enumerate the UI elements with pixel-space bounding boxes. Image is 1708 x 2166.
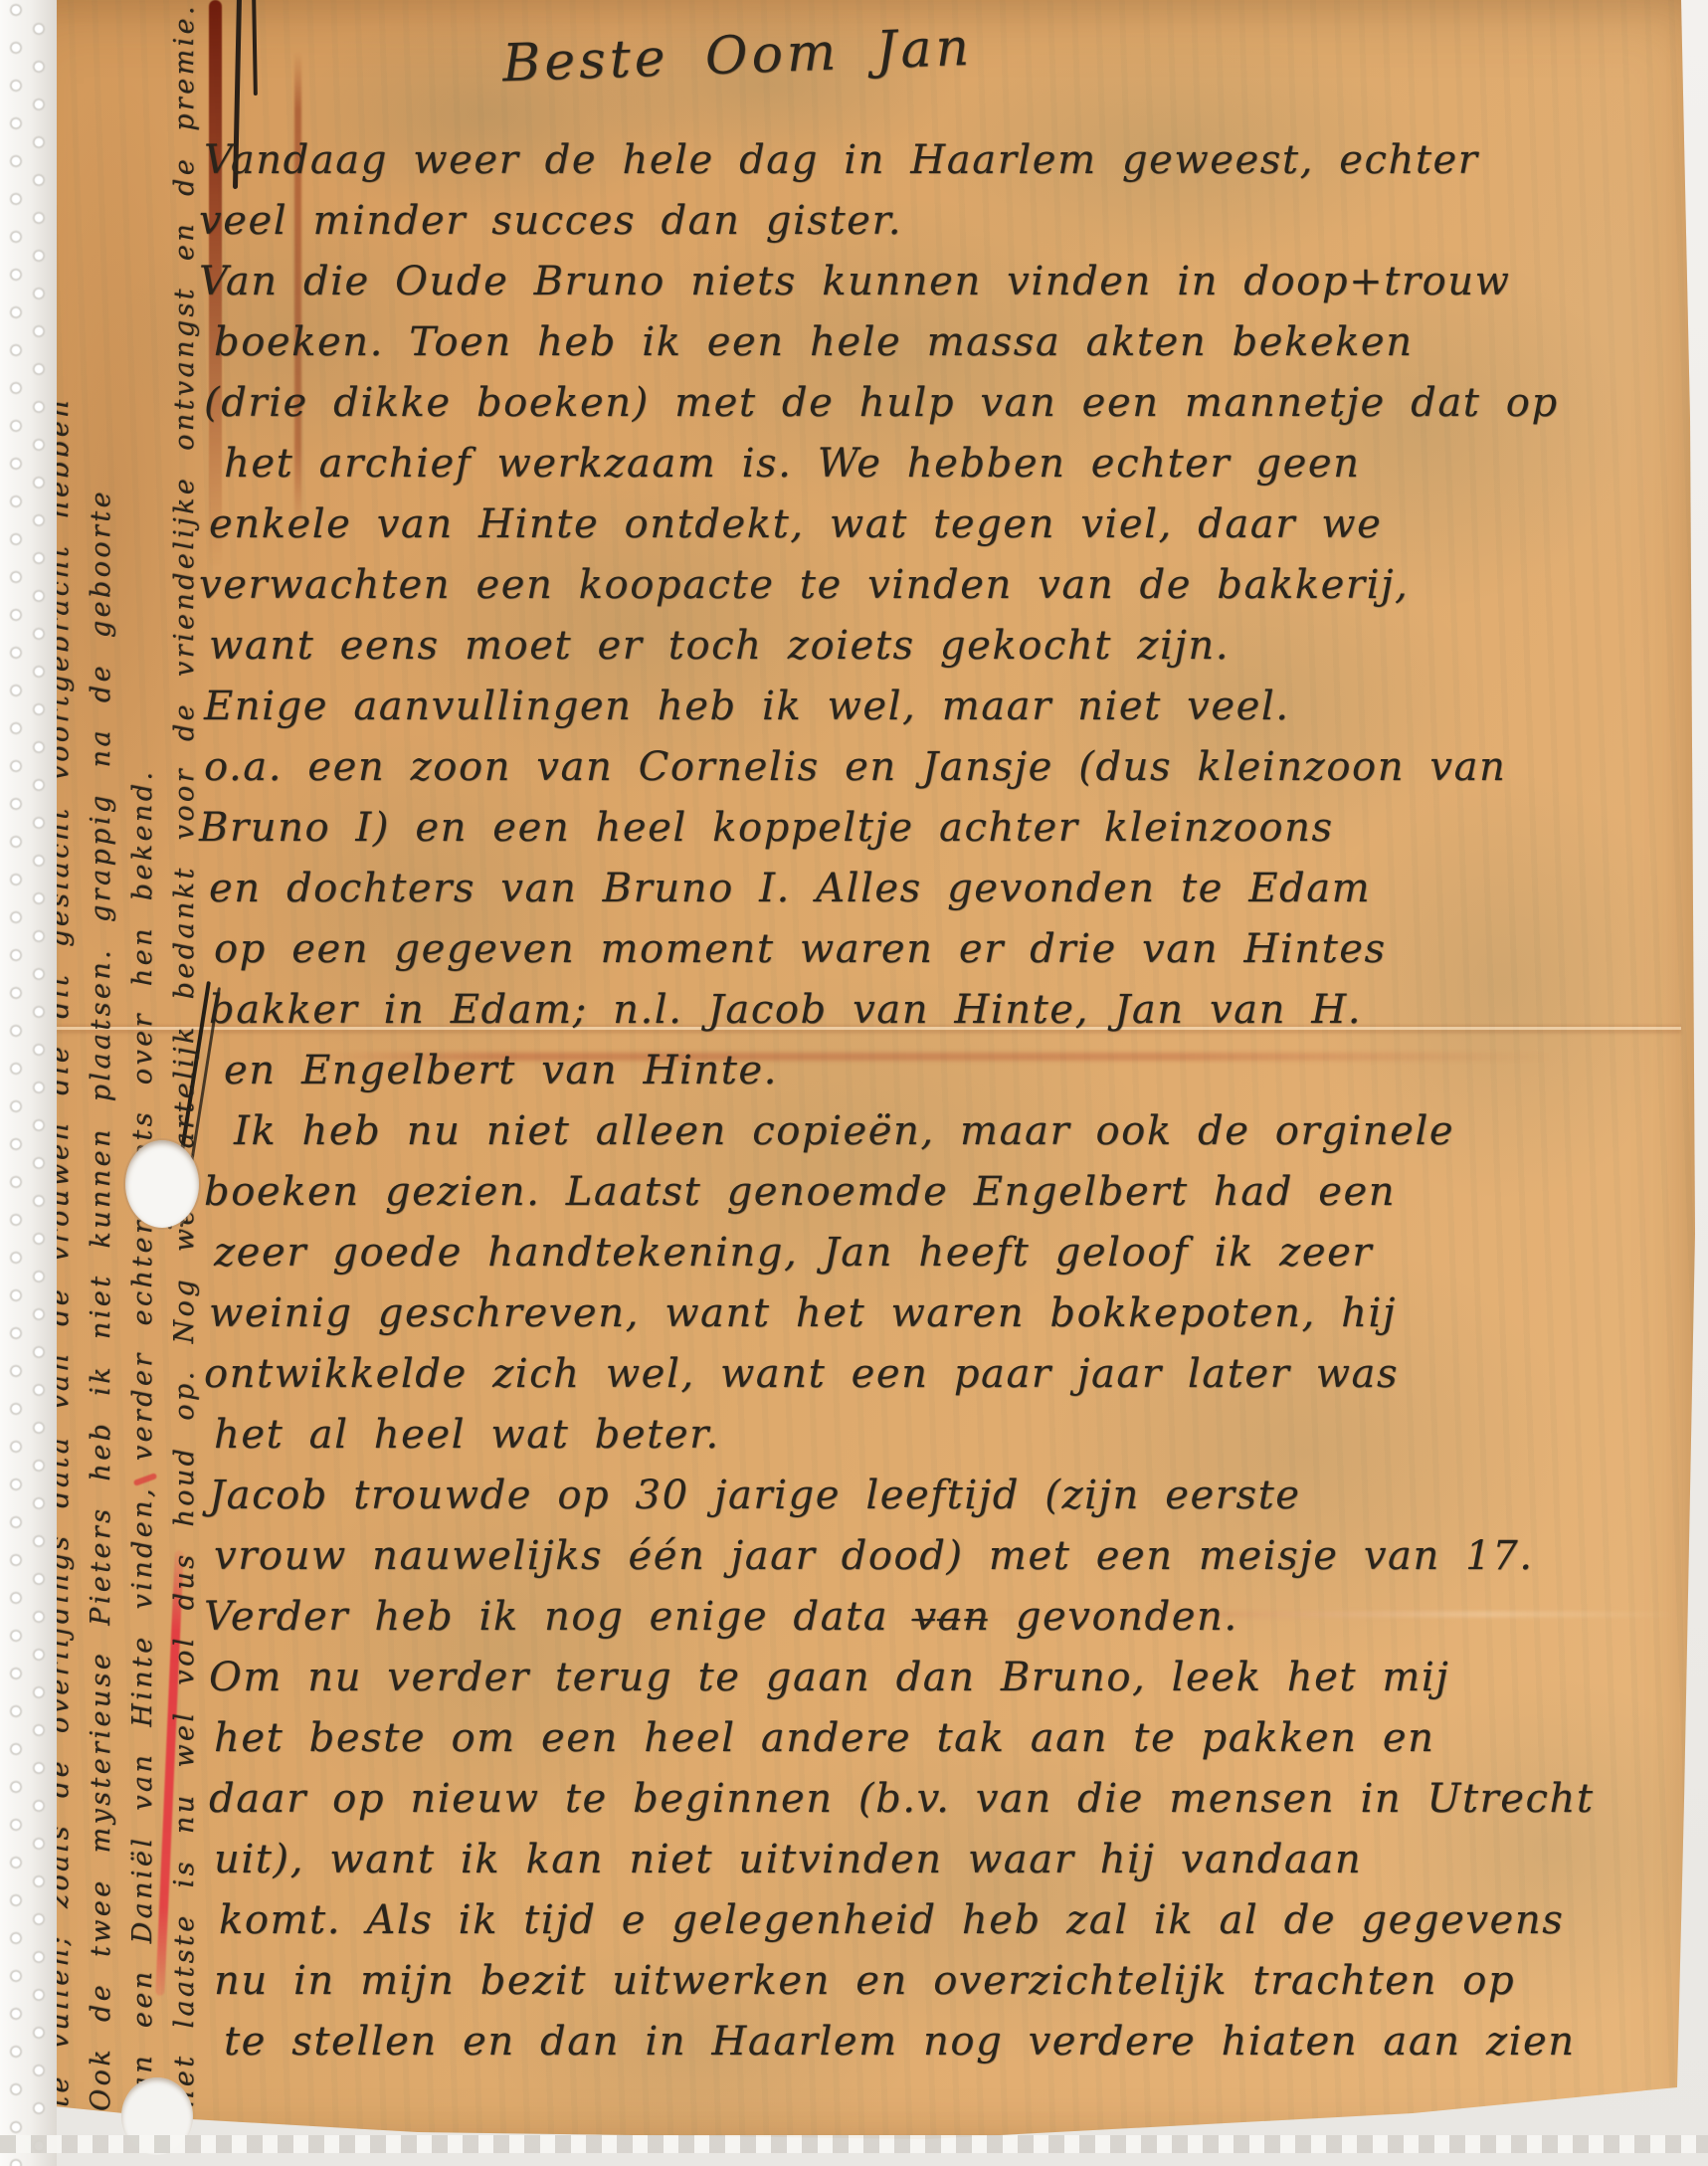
letter-line: vrouw nauwelijks één jaar dood) met een … bbox=[214, 1530, 1534, 1582]
letter-line: Jacob trouwde op 30 jarige leeftijd (zij… bbox=[209, 1470, 1301, 1521]
margin-note: van een Daniël van Hinte vinden, verder … bbox=[127, 769, 158, 2111]
punch-hole bbox=[125, 1140, 199, 1228]
letter-line: o.a. een zoon van Cornelis en Jansje (du… bbox=[204, 741, 1506, 793]
margin-note: Ook de twee mysterieuse Pieters heb ik n… bbox=[86, 489, 116, 2111]
letter-line: Bruno I) en een heel koppeltje achter kl… bbox=[199, 802, 1334, 854]
letter-line: ontwikkelde zich wel, want een paar jaar… bbox=[204, 1348, 1399, 1400]
letter-line: uit), want ik kan niet uitvinden waar hi… bbox=[214, 1834, 1362, 1885]
letter-line: zeer goede handtekening, Jan heeft geloo… bbox=[214, 1227, 1373, 1279]
letter-line: enkele van Hinte ontdekt, wat tegen viel… bbox=[209, 498, 1382, 550]
letter-line: en Engelbert van Hinte. bbox=[224, 1045, 778, 1096]
letter-line: Vandaag weer de hele dag in Haarlem gewe… bbox=[204, 134, 1479, 186]
letter-line: te stellen en dan in Haarlem nog verdere… bbox=[224, 2016, 1576, 2068]
letter-line: komt. Als ik tijd e gelegenheid heb zal … bbox=[219, 1894, 1564, 1946]
letter-line: boeken. Toen heb ik een hele massa akten… bbox=[214, 316, 1414, 368]
letter-line: het beste om een heel andere tak aan te … bbox=[214, 1712, 1434, 1764]
letter-line: Verder heb ik nog enige data v̶a̶n̶ gevo… bbox=[204, 1591, 1238, 1643]
margin-note: het laatste is nu wel vol dus houd op. N… bbox=[169, 3, 200, 2107]
letter-line: en dochters van Bruno I. Alles gevonden … bbox=[209, 863, 1371, 914]
letter-line: daar op nieuw te beginnen (b.v. van die … bbox=[209, 1773, 1595, 1825]
letter-line: boeken gezien. Laatst genoemde Engelbert… bbox=[204, 1166, 1396, 1218]
letter-line: het archief werkzaam is. We hebben echte… bbox=[224, 438, 1361, 490]
letter-line: Enige aanvullingen heb ik wel, maar niet… bbox=[204, 681, 1290, 732]
letter-line: het al heel wat beter. bbox=[214, 1409, 720, 1461]
letter-line: bakker in Edam; n.l. Jacob van Hinte, Ja… bbox=[209, 984, 1362, 1036]
letter-line: want eens moet er toch zoiets gekocht zi… bbox=[209, 620, 1230, 672]
letter-line: Van die Oude Bruno niets kunnen vinden i… bbox=[199, 256, 1510, 307]
letter-line: veel minder succes dan gister. bbox=[199, 195, 902, 247]
letter-line: weinig geschreven, want het waren bokkep… bbox=[209, 1287, 1397, 1339]
letter-line: Om nu verder terug te gaan dan Bruno, le… bbox=[209, 1652, 1449, 1703]
letter-scan: Beste Oom Jan Vandaag weer de hele dag i… bbox=[0, 0, 1708, 2166]
sleeve-bottom-perforations bbox=[0, 2135, 1708, 2153]
letter-line: (drie dikke boeken) met de hulp van een … bbox=[204, 377, 1559, 429]
letter-line: verwachten een koopacte te vinden van de… bbox=[199, 559, 1409, 611]
sleeve-perforation-strip bbox=[0, 0, 57, 2166]
letter-line: nu in mijn bezit uitwerken en overzichte… bbox=[214, 1955, 1515, 2007]
letter-line: Ik heb nu niet alleen copieën, maar ook … bbox=[234, 1105, 1454, 1157]
letter-line: op een gegeven moment waren er drie van … bbox=[214, 923, 1387, 975]
